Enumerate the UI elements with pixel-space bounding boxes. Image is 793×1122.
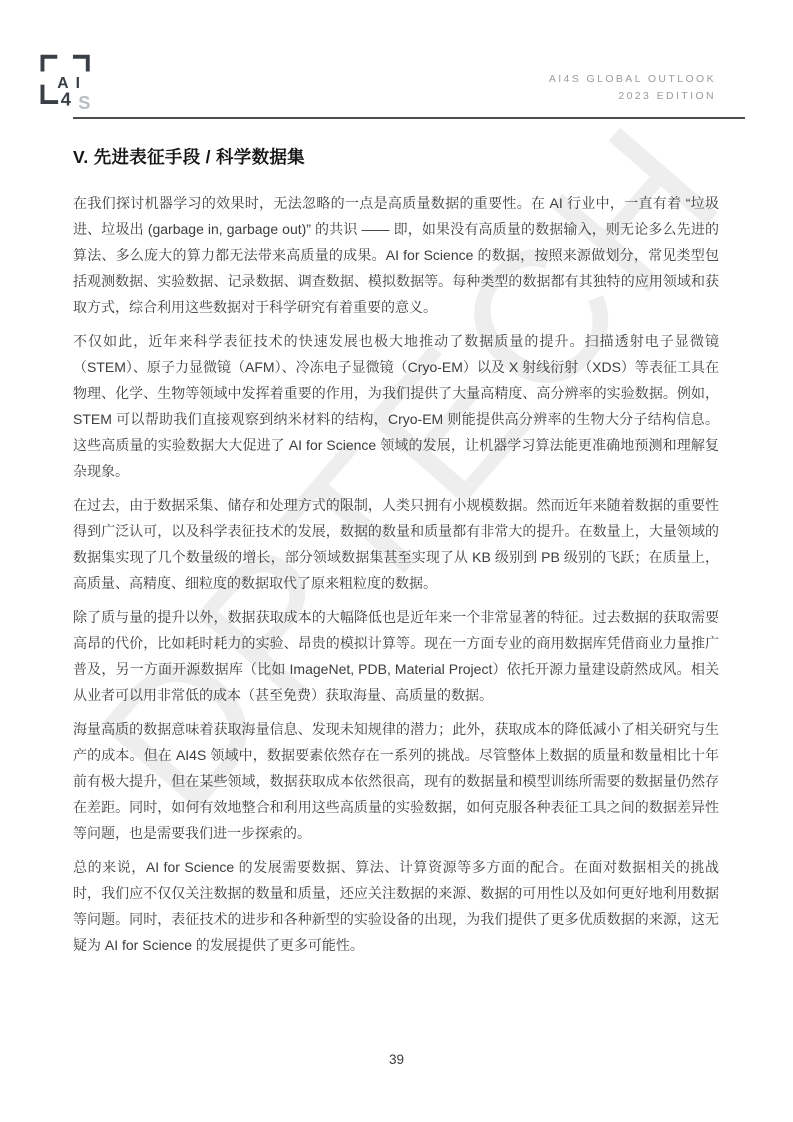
- logo-bracket-bottom-left: [42, 85, 58, 102]
- logo-bracket-top-right: [73, 57, 88, 72]
- report-header: AI4S GLOBAL OUTLOOK 2023 EDITION: [549, 71, 716, 104]
- body-text: 在我们探讨机器学习的效果时，无法忽略的一点是高质量数据的重要性。在 AI 行业中…: [73, 190, 719, 966]
- logo-letter-i: I: [76, 75, 80, 92]
- paragraph-1: 在我们探讨机器学习的效果时，无法忽略的一点是高质量数据的重要性。在 AI 行业中…: [73, 190, 719, 320]
- ai4s-logo: A I 4 S: [39, 53, 93, 116]
- page-number: 39: [0, 1052, 793, 1067]
- paragraph-2: 不仅如此，近年来科学表征技术的快速发展也极大地推动了数据质量的提升。扫描透射电子…: [73, 328, 719, 484]
- paragraph-5: 海量高质的数据意味着获取海量信息、发现未知规律的潜力；此外，获取成本的降低减小了…: [73, 716, 719, 846]
- header-divider: [73, 117, 745, 119]
- paragraph-4: 除了质与量的提升以外，数据获取成本的大幅降低也是近年来一个非常显著的特征。过去数…: [73, 604, 719, 708]
- paragraph-3: 在过去，由于数据采集、储存和处理方式的限制，人类只拥有小规模数据。然而近年来随着…: [73, 492, 719, 596]
- logo-letter-4: 4: [61, 89, 72, 110]
- logo-letter-s: S: [78, 92, 90, 111]
- document-page: DPTECH A I 4 S AI4S GLOBAL OUTLOOK 2023 …: [0, 0, 793, 1122]
- logo-bracket-top-left: [42, 57, 57, 72]
- ai4s-logo-icon: A I 4 S: [39, 53, 93, 111]
- paragraph-6: 总的来说，AI for Science 的发展需要数据、算法、计算资源等多方面的…: [73, 854, 719, 958]
- report-title-line2: 2023 EDITION: [549, 88, 716, 105]
- section-title: V. 先进表征手段 / 科学数据集: [73, 144, 305, 169]
- report-title-line1: AI4S GLOBAL OUTLOOK: [549, 71, 716, 88]
